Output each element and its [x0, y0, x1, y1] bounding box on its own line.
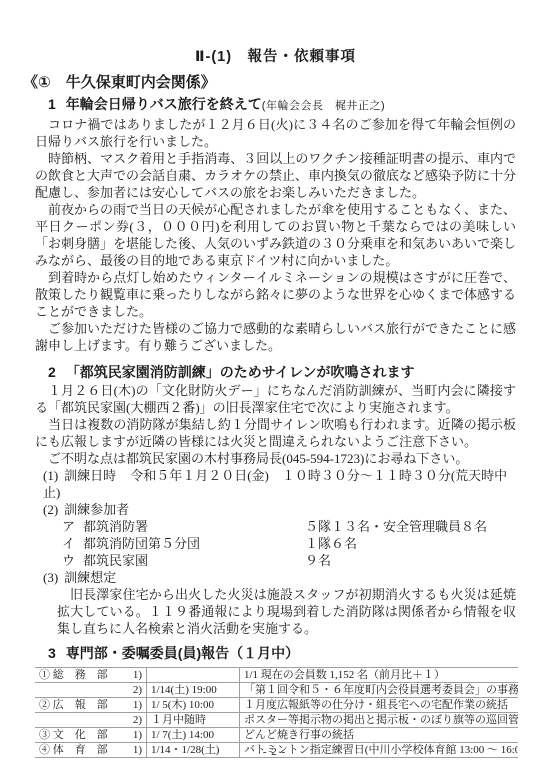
- desc-cell: 「第１回令和５・６年度町内会役員選考委員会」の事務局: [240, 683, 519, 698]
- table-row: ① 総 務 部1) 1/1 現在の会員数 1,152 名（前月比＋１）: [35, 668, 518, 683]
- participant-count: ９名: [305, 553, 331, 568]
- item-no: 2): [133, 684, 142, 696]
- datetime-cell: 1/ 7(土) 14:00: [147, 728, 240, 743]
- section1-title: 年輪会日帰りバス旅行を終えて: [66, 96, 262, 112]
- section-monthly-report: 3専門部・委嘱委員(員)報告（１月中） ① 総 務 部1) 1/1 現在の会員数…: [35, 644, 516, 758]
- participant-row: イ都筑消防団第５分団１隊６名: [62, 535, 516, 552]
- participant-name: 都筑民家園: [83, 552, 305, 569]
- table-row: ③ 文 化 部1) 1/ 7(土) 14:00 どんど焼き行事の統括: [35, 728, 518, 743]
- item-no: 1): [133, 669, 142, 681]
- paragraph: ご不明な点は都筑民家園の木村事務局長(045-594-1723)にお尋ね下さい。: [35, 450, 516, 467]
- participant-name: 都筑消防署: [83, 518, 305, 535]
- datetime-cell: １月中随時: [147, 713, 240, 728]
- paragraph: １月２６日(木)の「文化財防火デー」にちなんだ消防訓練が、当町内会に隣接する「都…: [35, 382, 516, 416]
- paragraph: コロナ禍ではありましたが１２月６日(火)に３４名のご参加を得て年輪会恒例の日帰り…: [35, 116, 516, 150]
- drill-item-participants: (2)訓練参加者: [43, 501, 516, 518]
- drill-item-datetime: (1)訓練日時令和５年１月２０日(金) １０時３０分～１１時３０分(荒天時中止): [43, 467, 516, 501]
- paragraph: 前夜からの雨で当日の天候が心配されましたが傘を使用することもなく、また、平日クー…: [35, 201, 516, 269]
- drill-item-scenario: (3)訓練想定: [43, 569, 516, 586]
- table-row: 2) 1/14(土) 19:00 「第１回令和５・６年度町内会役員選考委員会」の…: [35, 683, 518, 698]
- participant-kana: イ: [62, 535, 83, 552]
- datetime-cell: 1/ 5(木) 10:00: [147, 698, 240, 713]
- paragraph: 到着時から点灯し始めたウィンターイルミネーションの規模はさすがに圧巻で、散策した…: [35, 269, 516, 320]
- desc-cell: どんど焼き行事の統括: [240, 728, 519, 743]
- section1-author: (年輪会会長 梶井正之): [262, 100, 385, 112]
- table-row: ② 広 報 部1) 1/ 5(木) 10:00 １月度広報紙等の仕分け・組長宅へ…: [35, 698, 518, 713]
- participant-count: ５隊１３名・安全管理職員８名: [305, 519, 487, 534]
- doc-title: Ⅱ-(1) 報告・依頼事項: [35, 48, 516, 67]
- item-label: (1): [43, 468, 58, 483]
- item-title: 訓練参加者: [64, 502, 129, 517]
- item-no: 1): [133, 699, 142, 711]
- datetime-cell: [147, 668, 240, 683]
- dept-label: ③ 文 化 部: [39, 729, 108, 741]
- paragraph: 時節柄、マスク着用と手指消毒、３回以上のワクチン接種証明書の提示、車内での飲食と…: [35, 150, 516, 201]
- desc-cell: ポスター等掲示物の掲出と掲示板・のぼり旗等の巡回管理: [240, 713, 519, 728]
- desc-cell: １月度広報紙等の仕分け・組長宅への宅配作業の統括: [240, 698, 519, 713]
- participant-count: １隊６名: [305, 536, 357, 551]
- participant-kana: ウ: [62, 552, 83, 569]
- table-row: 2) １月中随時 ポスター等掲示物の掲出と掲示板・のぼり旗等の巡回管理: [35, 713, 518, 728]
- page-number: - 2 -: [0, 746, 549, 758]
- item-label: (2): [43, 502, 58, 517]
- section-bus-trip: 1年輪会日帰りバス旅行を終えて(年輪会会長 梶井正之) コロナ禍ではありましたが…: [35, 95, 516, 354]
- section1-number: 1: [48, 96, 56, 112]
- item-title: 訓練日時: [64, 468, 116, 483]
- section3-number: 3: [48, 645, 56, 661]
- datetime-cell: 1/14(土) 19:00: [147, 683, 240, 698]
- paragraph: 当日は複数の消防隊が集結し約１分間サイレン吹鳴も行われます。近隣の掲示板にも広報…: [35, 416, 516, 450]
- dept-label: ① 総 務 部: [39, 669, 108, 681]
- section3-heading: 3専門部・委嘱委員(員)報告（１月中）: [48, 644, 516, 663]
- desc-cell: 1/1 現在の会員数 1,152 名（前月比＋１）: [240, 668, 519, 683]
- participant-kana: ア: [62, 518, 83, 535]
- participant-row: ア都筑消防署５隊１３名・安全管理職員８名: [62, 518, 516, 535]
- participant-name: 都筑消防団第５分団: [83, 535, 305, 552]
- monthly-report-table: ① 総 務 部1) 1/1 現在の会員数 1,152 名（前月比＋１） 2) 1…: [35, 667, 518, 758]
- section-fire-drill: 2「都筑民家園消防訓練」のためサイレンが吹鳴されます １月２６日(木)の「文化財…: [35, 363, 516, 637]
- section2-heading: 2「都筑民家園消防訓練」のためサイレンが吹鳴されます: [48, 363, 516, 382]
- scenario-text: 旧長澤家住宅から出火した火災は施設スタッフが初期消火するも火災は延焼拡大している…: [57, 586, 516, 637]
- document-page: Ⅱ-(1) 報告・依頼事項 《① 牛久保東町内会関係》 1年輪会日帰りバス旅行を…: [0, 0, 549, 776]
- section2-number: 2: [48, 364, 56, 380]
- item-no: 1): [133, 729, 142, 741]
- item-label: (3): [43, 570, 58, 585]
- section1-heading: 1年輪会日帰りバス旅行を終えて(年輪会会長 梶井正之): [48, 95, 516, 116]
- section3-title: 専門部・委嘱委員(員)報告（１月中）: [66, 645, 299, 661]
- item-title: 訓練想定: [64, 570, 116, 585]
- item-no: 2): [133, 714, 142, 726]
- dept-label: ② 広 報 部: [39, 699, 108, 711]
- page-content: Ⅱ-(1) 報告・依頼事項 《① 牛久保東町内会関係》 1年輪会日帰りバス旅行を…: [0, 0, 549, 758]
- section2-title: 「都筑民家園消防訓練」のためサイレンが吹鳴されます: [66, 364, 415, 380]
- participant-row: ウ都筑民家園９名: [62, 552, 516, 569]
- paragraph: ご参加いただけた皆様のご協力で感動的な素晴らしいバス旅行ができたことに感謝申し上…: [35, 320, 516, 354]
- group-title: 《① 牛久保東町内会関係》: [23, 72, 516, 93]
